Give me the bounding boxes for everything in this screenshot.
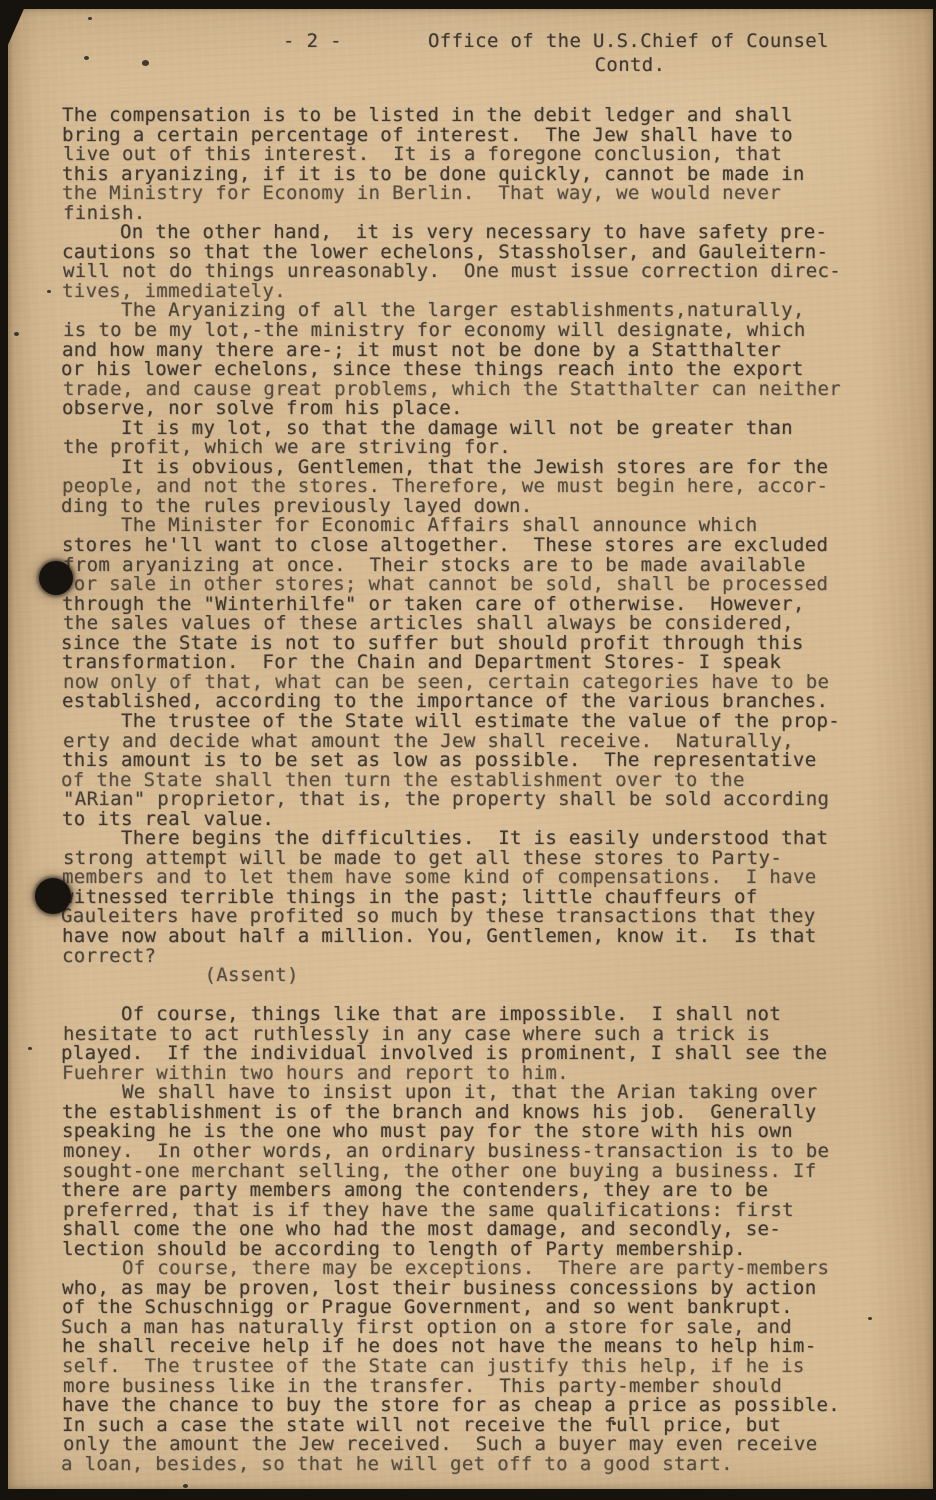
page-number: - 2 - [283, 30, 342, 52]
document-line: Gauleiters have profited so much by thes… [61, 907, 892, 927]
header-office-title: Office of the U.S.Chief of Counsel [428, 30, 832, 52]
document-line: trade, and cause great problems, which t… [63, 380, 892, 400]
document-line: On the other hand, it is very necessary … [61, 223, 892, 243]
document-line: have now about half a million. You, Gent… [62, 927, 892, 947]
ink-speck [14, 332, 19, 336]
ink-speck [183, 1484, 188, 1488]
header-contd: Contd. [428, 54, 832, 76]
document-line: have the chance to buy the store for as … [62, 1396, 892, 1416]
document-line: people, and not the stores. Therefore, w… [62, 477, 892, 497]
document-header: Office of the U.S.Chief of Counsel Contd… [428, 30, 832, 76]
document-line: preferred, that is if they have the same… [63, 1201, 892, 1221]
hole-punch [39, 561, 73, 595]
ink-speck [142, 60, 149, 66]
document-line: sought-one merchant selling, the other o… [62, 1162, 892, 1182]
document-line: finish. [63, 204, 892, 224]
document-line: live out of this interest. It is a foreg… [63, 145, 892, 165]
document-line: shall come the one who had the most dama… [62, 1220, 892, 1240]
document-line: Of course, there may be exceptions. Ther… [63, 1259, 892, 1279]
document-line: Of course, things like that are impossib… [62, 1005, 892, 1025]
document-line: a loan, besides, so that he will get off… [61, 1455, 892, 1475]
document-line: the sales values of these articles shall… [63, 614, 892, 634]
document-line: transformation. For the Chain and Depart… [62, 653, 892, 673]
document-page: - 2 - Office of the U.S.Chief of Counsel… [8, 9, 933, 1489]
document-line: The Minister for Economic Affairs shall … [62, 516, 892, 536]
document-line: Such a man has naturally first option on… [61, 1318, 892, 1338]
document-line: is to be my lot,-the ministry for econom… [63, 321, 892, 341]
document-line: (Assent) [63, 966, 892, 986]
document-line: will not do things unreasonably. One mus… [63, 262, 892, 282]
document-line: There begins the difficulties. It is eas… [62, 829, 892, 849]
document-line: now only of that, what can be seen, cert… [63, 673, 892, 693]
document-line: "ARian" proprietor, that is, the propert… [63, 790, 892, 810]
document-line: The compensation is to be listed in the … [62, 106, 892, 126]
document-line: played. If the individual involved is pr… [61, 1044, 892, 1064]
scan-background: - 2 - Office of the U.S.Chief of Counsel… [0, 0, 936, 1500]
document-line: The trustee of the State will estimate t… [62, 712, 892, 732]
document-line: We shall have to insist upon it, that th… [63, 1083, 892, 1103]
document-line: there are party members among the conten… [61, 1181, 892, 1201]
document-line: the Ministry for Economy in Berlin. That… [62, 184, 892, 204]
document-line: money. In other words, an ordinary busin… [63, 1142, 892, 1162]
document-line: hesitate to act ruthlessly in any case w… [63, 1025, 892, 1045]
document-line: self. The trustee of the State can justi… [62, 1357, 892, 1377]
document-body: The compensation is to be listed in the … [62, 106, 892, 1474]
hole-punch [35, 878, 71, 914]
ink-speck [84, 56, 89, 60]
document-line: this amount is to be set as low as possi… [62, 751, 892, 771]
document-line: stores he'll want to close altogether. T… [62, 536, 892, 556]
document-line: observe, nor solve from his place. [62, 399, 892, 419]
document-line: for sale in other stores; what cannot be… [62, 575, 892, 595]
document-line: only the amount the Jew received. Such a… [63, 1435, 892, 1455]
document-line: erty and decide what amount the Jew shal… [63, 732, 892, 752]
document-line: or his lower echelons, since these thing… [61, 360, 892, 380]
document-line: the profit, which we are striving for. [63, 438, 892, 458]
document-line: of the Schuschnigg or Prague Government,… [62, 1298, 892, 1318]
document-line: more business like in the transfer. This… [63, 1377, 892, 1397]
document-line: members and to let them have some kind o… [62, 868, 892, 888]
